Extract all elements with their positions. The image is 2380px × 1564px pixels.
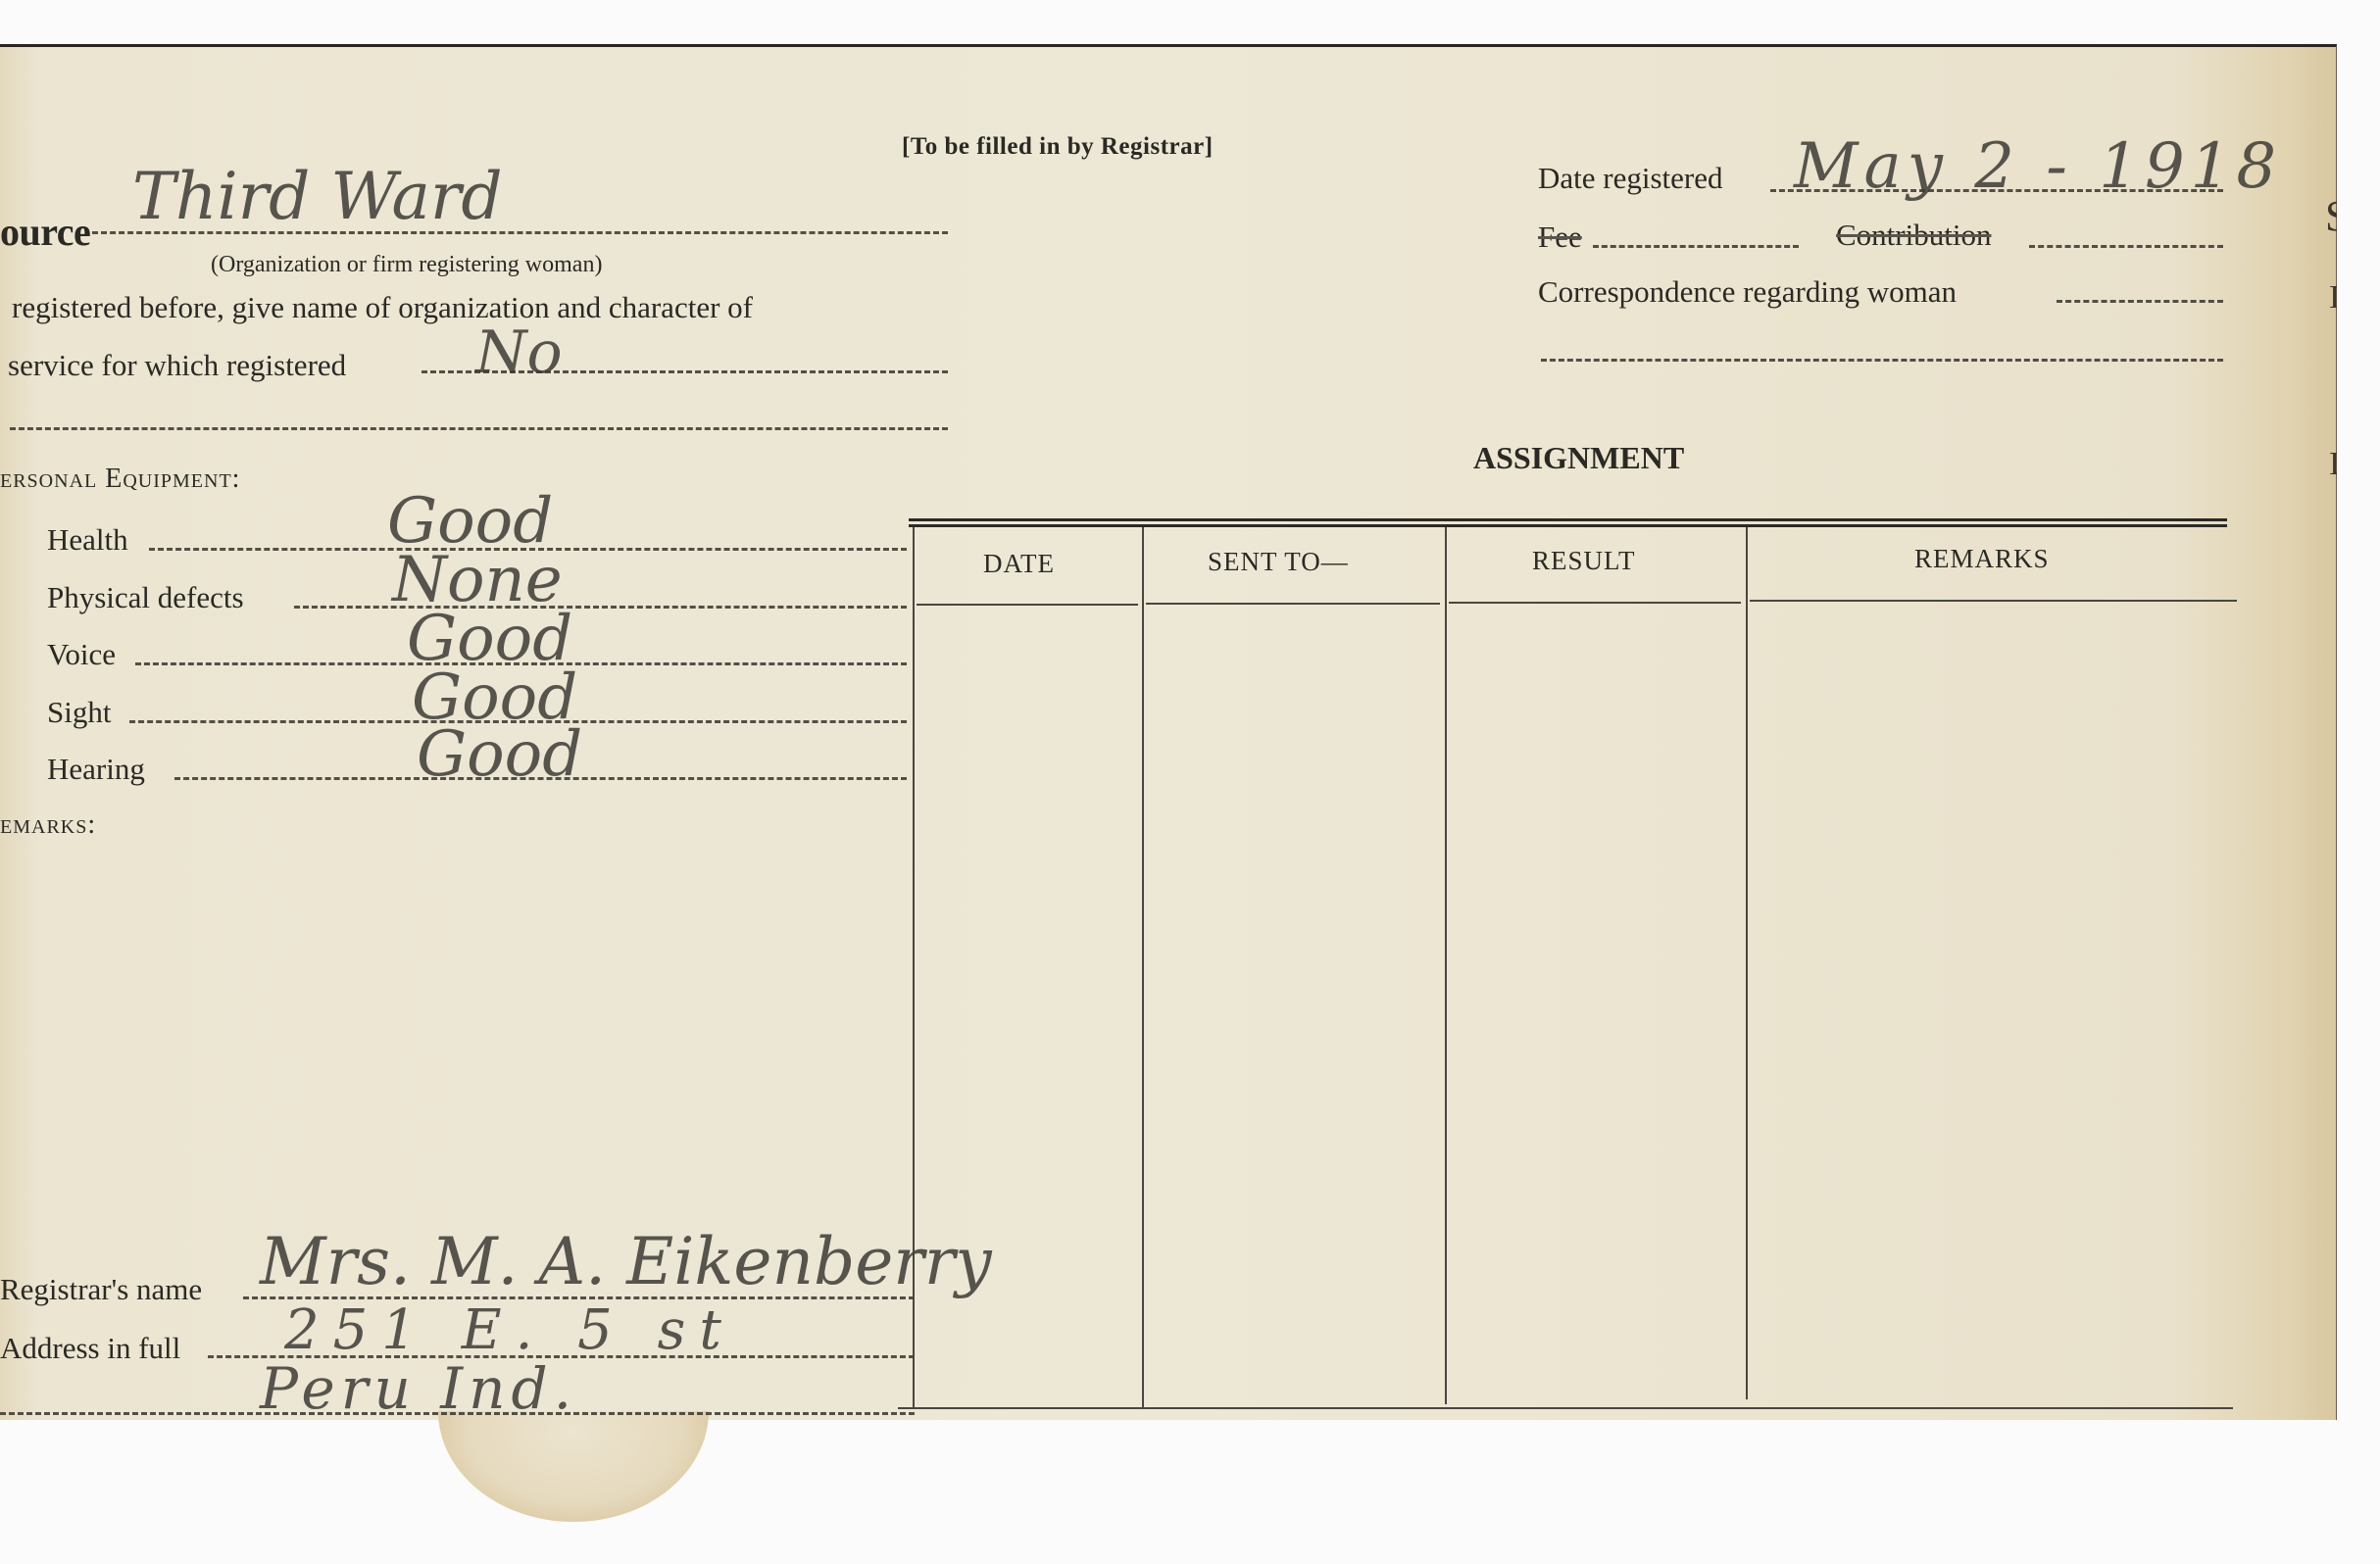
column-divider bbox=[1746, 527, 1748, 1399]
address-line1-value[interactable]: 251 E. 5 st bbox=[284, 1303, 735, 1358]
column-header-result: RESULT bbox=[1532, 546, 1636, 576]
table-top-rule-2 bbox=[909, 524, 2227, 527]
column-header-sent-to: SENT TO— bbox=[1208, 547, 1349, 577]
header-underline bbox=[917, 604, 1138, 606]
registrar-name-value[interactable]: Mrs. M. A. Eikenberry bbox=[260, 1230, 992, 1295]
personal-equipment-heading: ersonal Equipment: bbox=[0, 465, 240, 493]
source-label: ource bbox=[0, 209, 90, 255]
service-label: service for which registered bbox=[8, 350, 346, 380]
contribution-line bbox=[2029, 245, 2223, 248]
source-value[interactable]: Third Ward bbox=[132, 165, 503, 229]
equipment-label: Physical defects bbox=[47, 582, 244, 612]
table-left-border bbox=[913, 527, 915, 1409]
column-header-remarks: REMARKS bbox=[1914, 544, 2050, 574]
header-underline bbox=[1146, 603, 1440, 605]
card-index-tab bbox=[438, 1411, 709, 1522]
equipment-label: Sight bbox=[47, 697, 111, 727]
column-header-date: DATE bbox=[983, 549, 1055, 579]
equipment-label: Health bbox=[47, 524, 128, 555]
table-bottom-rule bbox=[898, 1407, 2233, 1409]
service-extra-line bbox=[10, 427, 948, 430]
contribution-label: Contribution bbox=[1836, 220, 1991, 250]
equipment-label: Voice bbox=[47, 639, 116, 669]
date-registered-value[interactable]: May 2 - 1918 bbox=[1794, 135, 2282, 198]
address-label: Address in full bbox=[0, 1333, 180, 1363]
correspondence-line-2 bbox=[1541, 359, 2223, 362]
registrar-name-label: Registrar's name bbox=[0, 1274, 202, 1304]
fee-line bbox=[1593, 245, 1799, 248]
assignment-title: ASSIGNMENT bbox=[1473, 440, 1684, 476]
equipment-line bbox=[294, 606, 907, 609]
header-underline bbox=[1750, 600, 2237, 602]
registrar-note: [To be filled in by Registrar] bbox=[902, 133, 1214, 161]
remarks-label: emarks: bbox=[0, 811, 96, 839]
equipment-value[interactable]: Good bbox=[417, 723, 582, 786]
correspondence-label: Correspondence regarding woman bbox=[1538, 276, 1957, 307]
edge-mark: I bbox=[2329, 279, 2337, 317]
column-divider bbox=[1142, 527, 1144, 1409]
correspondence-line bbox=[2057, 300, 2223, 303]
address-line2-value[interactable]: Peru Ind. bbox=[260, 1360, 577, 1417]
header-underline bbox=[1449, 602, 1741, 604]
column-divider bbox=[1445, 527, 1447, 1404]
source-caption: (Organization or firm registering woman) bbox=[211, 252, 602, 278]
edge-mark: S bbox=[2325, 191, 2337, 241]
fee-label: Fee bbox=[1538, 221, 1582, 252]
service-value[interactable]: No bbox=[475, 323, 563, 382]
edge-mark: I bbox=[2329, 446, 2337, 483]
equipment-label: Hearing bbox=[47, 754, 145, 784]
prior-registration-text: registered before, give name of organiza… bbox=[12, 292, 753, 322]
date-registered-label: Date registered bbox=[1538, 163, 1722, 193]
table-top-rule bbox=[909, 518, 2227, 521]
